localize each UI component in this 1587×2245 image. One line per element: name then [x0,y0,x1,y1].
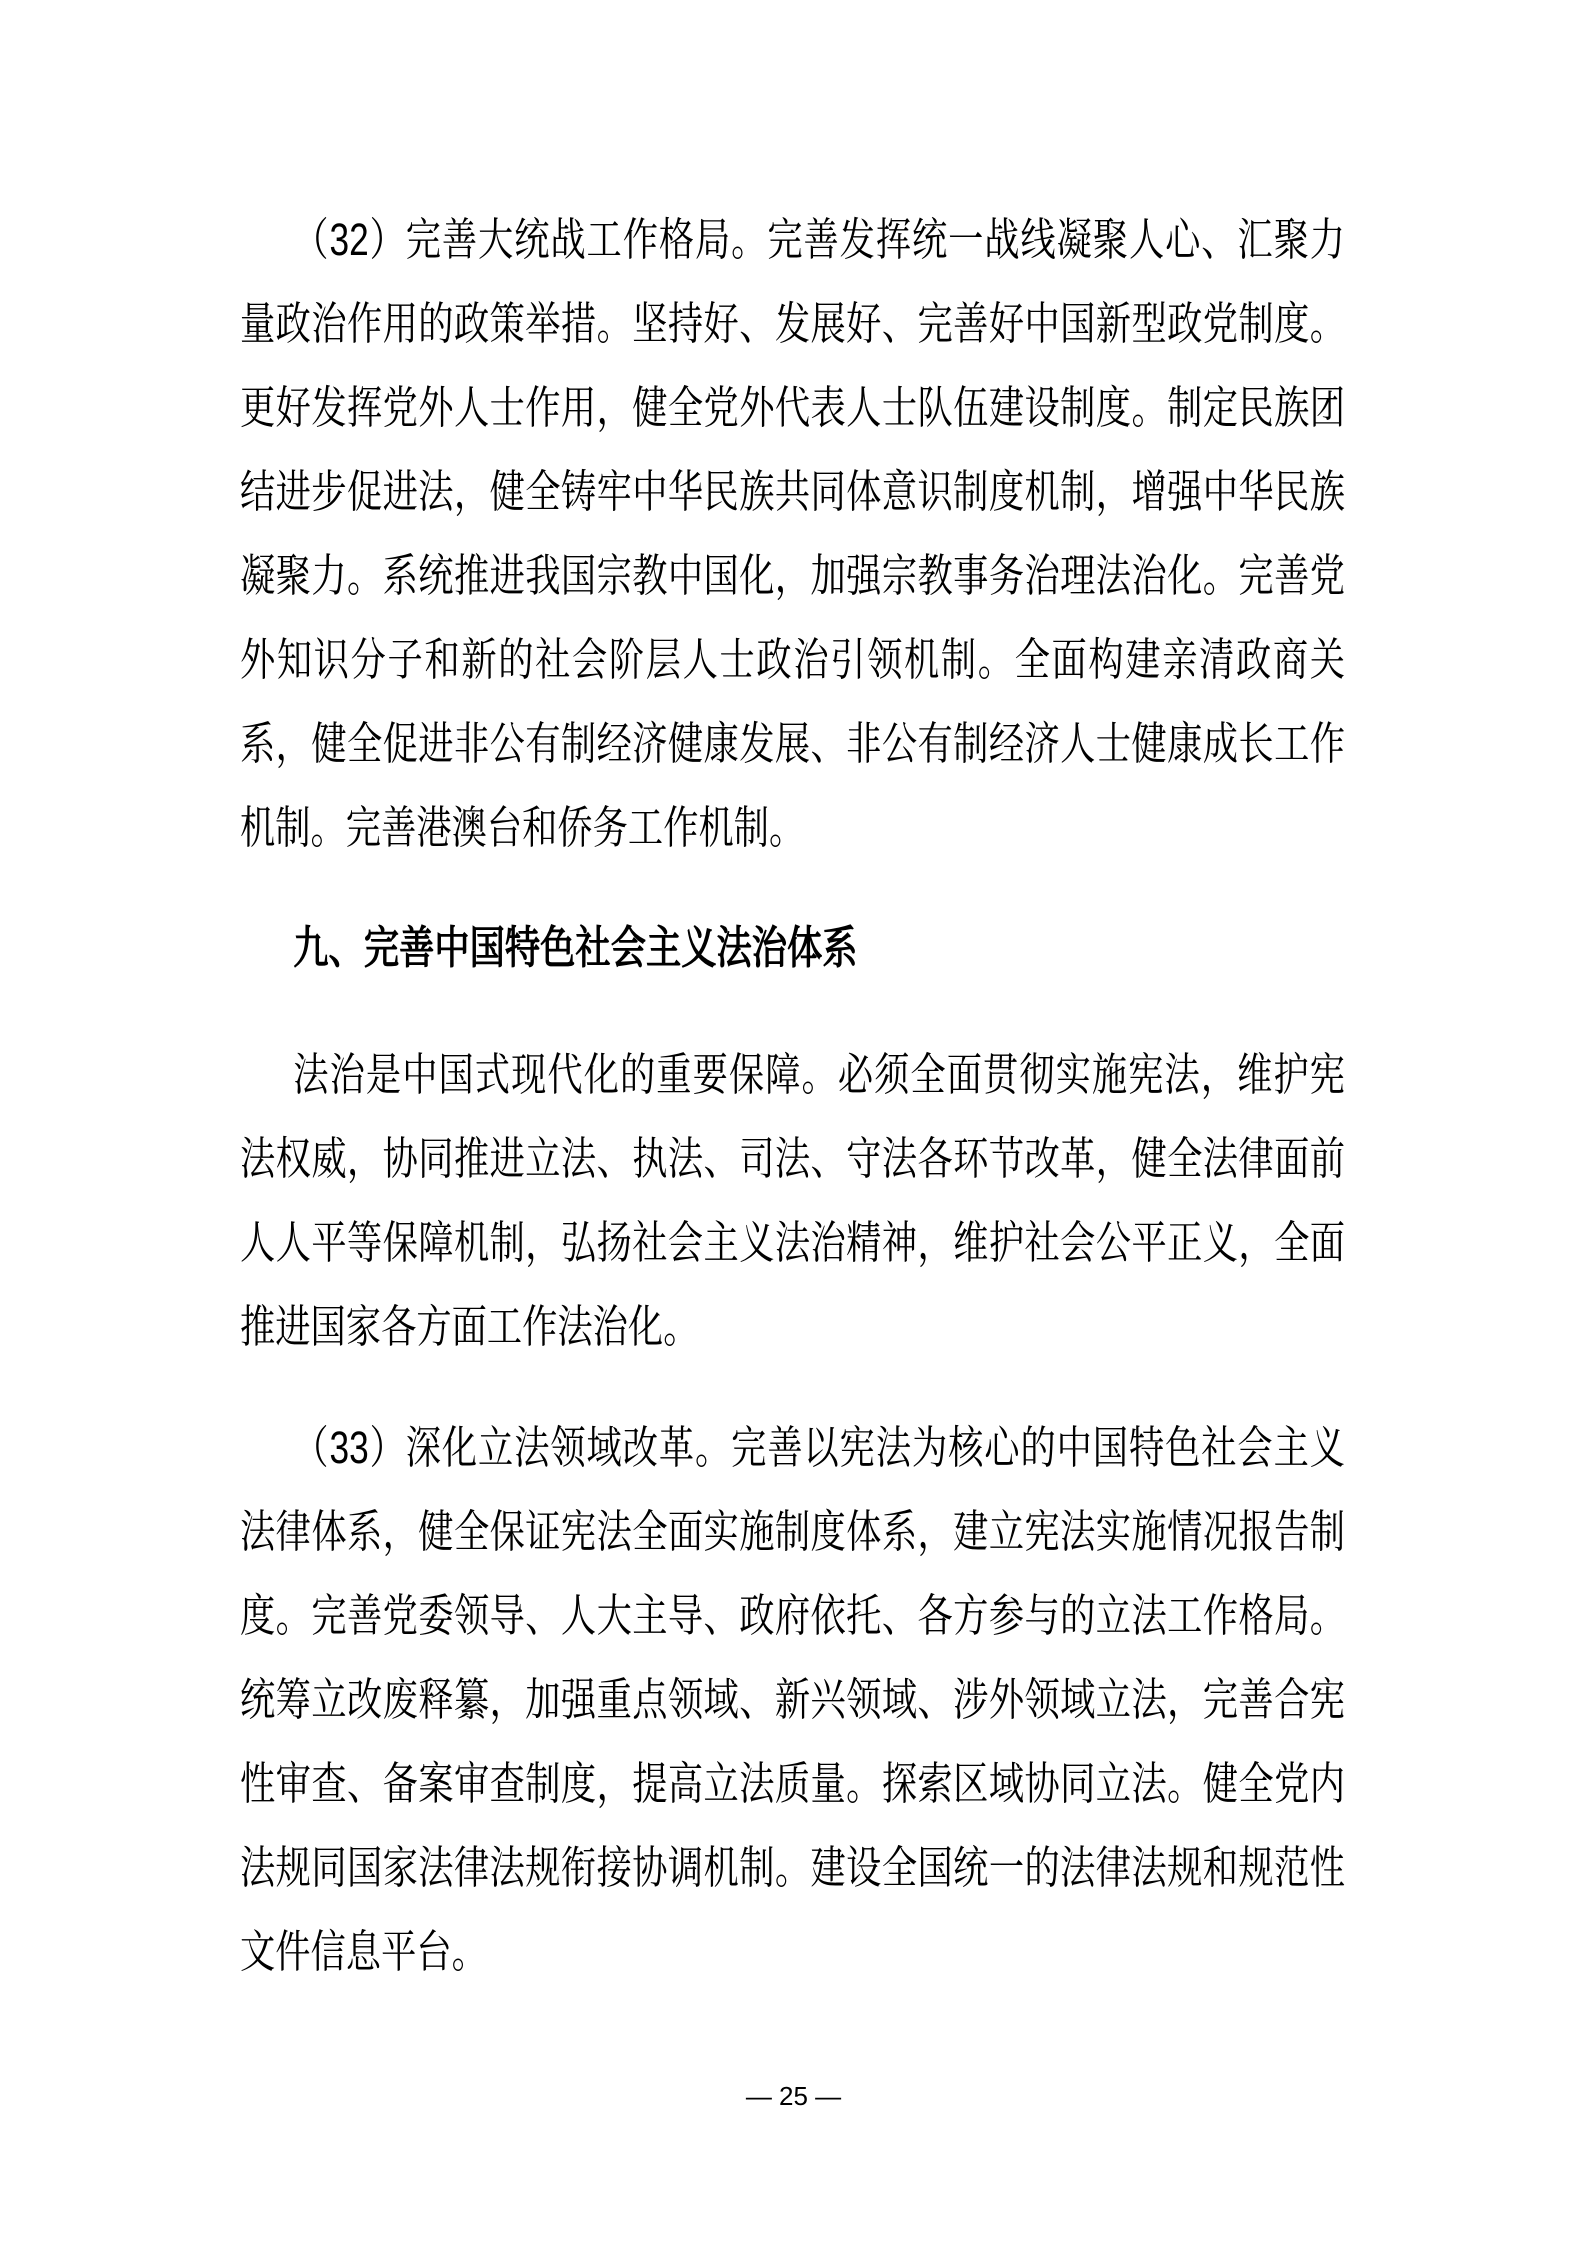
text-line: 推进国家各方面工作法治化。 [240,1285,1345,1369]
text-line: 结进步促进法，健全铸牢中华民族共同体意识制度机制，增强中华民族 [240,450,1345,534]
text-line: 系，健全促进非公有制经济健康发展、非公有制经济人士健康成长工作 [240,702,1345,786]
paragraph-33: （33）深化立法领域改革。完善以宪法为核心的中国特色社会主义 法律体系，健全保证… [240,1406,1345,1994]
text-line: 凝聚力。系统推进我国宗教中国化，加强宗教事务治理法治化。完善党 [240,534,1345,618]
text-line: 机制。完善港澳台和侨务工作机制。 [240,786,1345,870]
text-line: 性审查、备案审查制度，提高立法质量。探索区域协同立法。健全党内 [240,1742,1345,1826]
intro-paragraph: 法治是中国式现代化的重要保障。必须全面贯彻实施宪法，维护宪 法权威，协同推进立法… [240,1033,1345,1369]
text-line: 文件信息平台。 [240,1910,1345,1994]
text-line: 度。完善党委领导、人大主导、政府依托、各方参与的立法工作格局。 [240,1574,1345,1658]
text-line: （32）完善大统战工作格局。完善发挥统一战线凝聚人心、汇聚力 [240,198,1345,282]
text-line: 法律体系，健全保证宪法全面实施制度体系，建立宪法实施情况报告制 [240,1490,1345,1574]
page-number: — 25 — [0,2080,1587,2112]
page-content: （32）完善大统战工作格局。完善发挥统一战线凝聚人心、汇聚力 量政治作用的政策举… [240,198,1345,1994]
text-line: 外知识分子和新的社会阶层人士政治引领机制。全面构建亲清政商关 [240,618,1345,702]
section-heading: 九、完善中国特色社会主义法治体系 [240,906,1345,990]
text-line: 法权威，协同推进立法、执法、司法、守法各环节改革，健全法律面前 [240,1117,1345,1201]
document-page: （32）完善大统战工作格局。完善发挥统一战线凝聚人心、汇聚力 量政治作用的政策举… [0,0,1587,2245]
text-line: 法治是中国式现代化的重要保障。必须全面贯彻实施宪法，维护宪 [240,1033,1345,1117]
text-line: 量政治作用的政策举措。坚持好、发展好、完善好中国新型政党制度。 [240,282,1345,366]
paragraph-32: （32）完善大统战工作格局。完善发挥统一战线凝聚人心、汇聚力 量政治作用的政策举… [240,198,1345,870]
text-line: （33）深化立法领域改革。完善以宪法为核心的中国特色社会主义 [240,1406,1345,1490]
text-line: 更好发挥党外人士作用，健全党外代表人士队伍建设制度。制定民族团 [240,366,1345,450]
text-line: 人人平等保障机制，弘扬社会主义法治精神，维护社会公平正义，全面 [240,1201,1345,1285]
text-line: 法规同国家法律法规衔接协调机制。建设全国统一的法律法规和规范性 [240,1826,1345,1910]
text-line: 统筹立改废释纂，加强重点领域、新兴领域、涉外领域立法，完善合宪 [240,1658,1345,1742]
